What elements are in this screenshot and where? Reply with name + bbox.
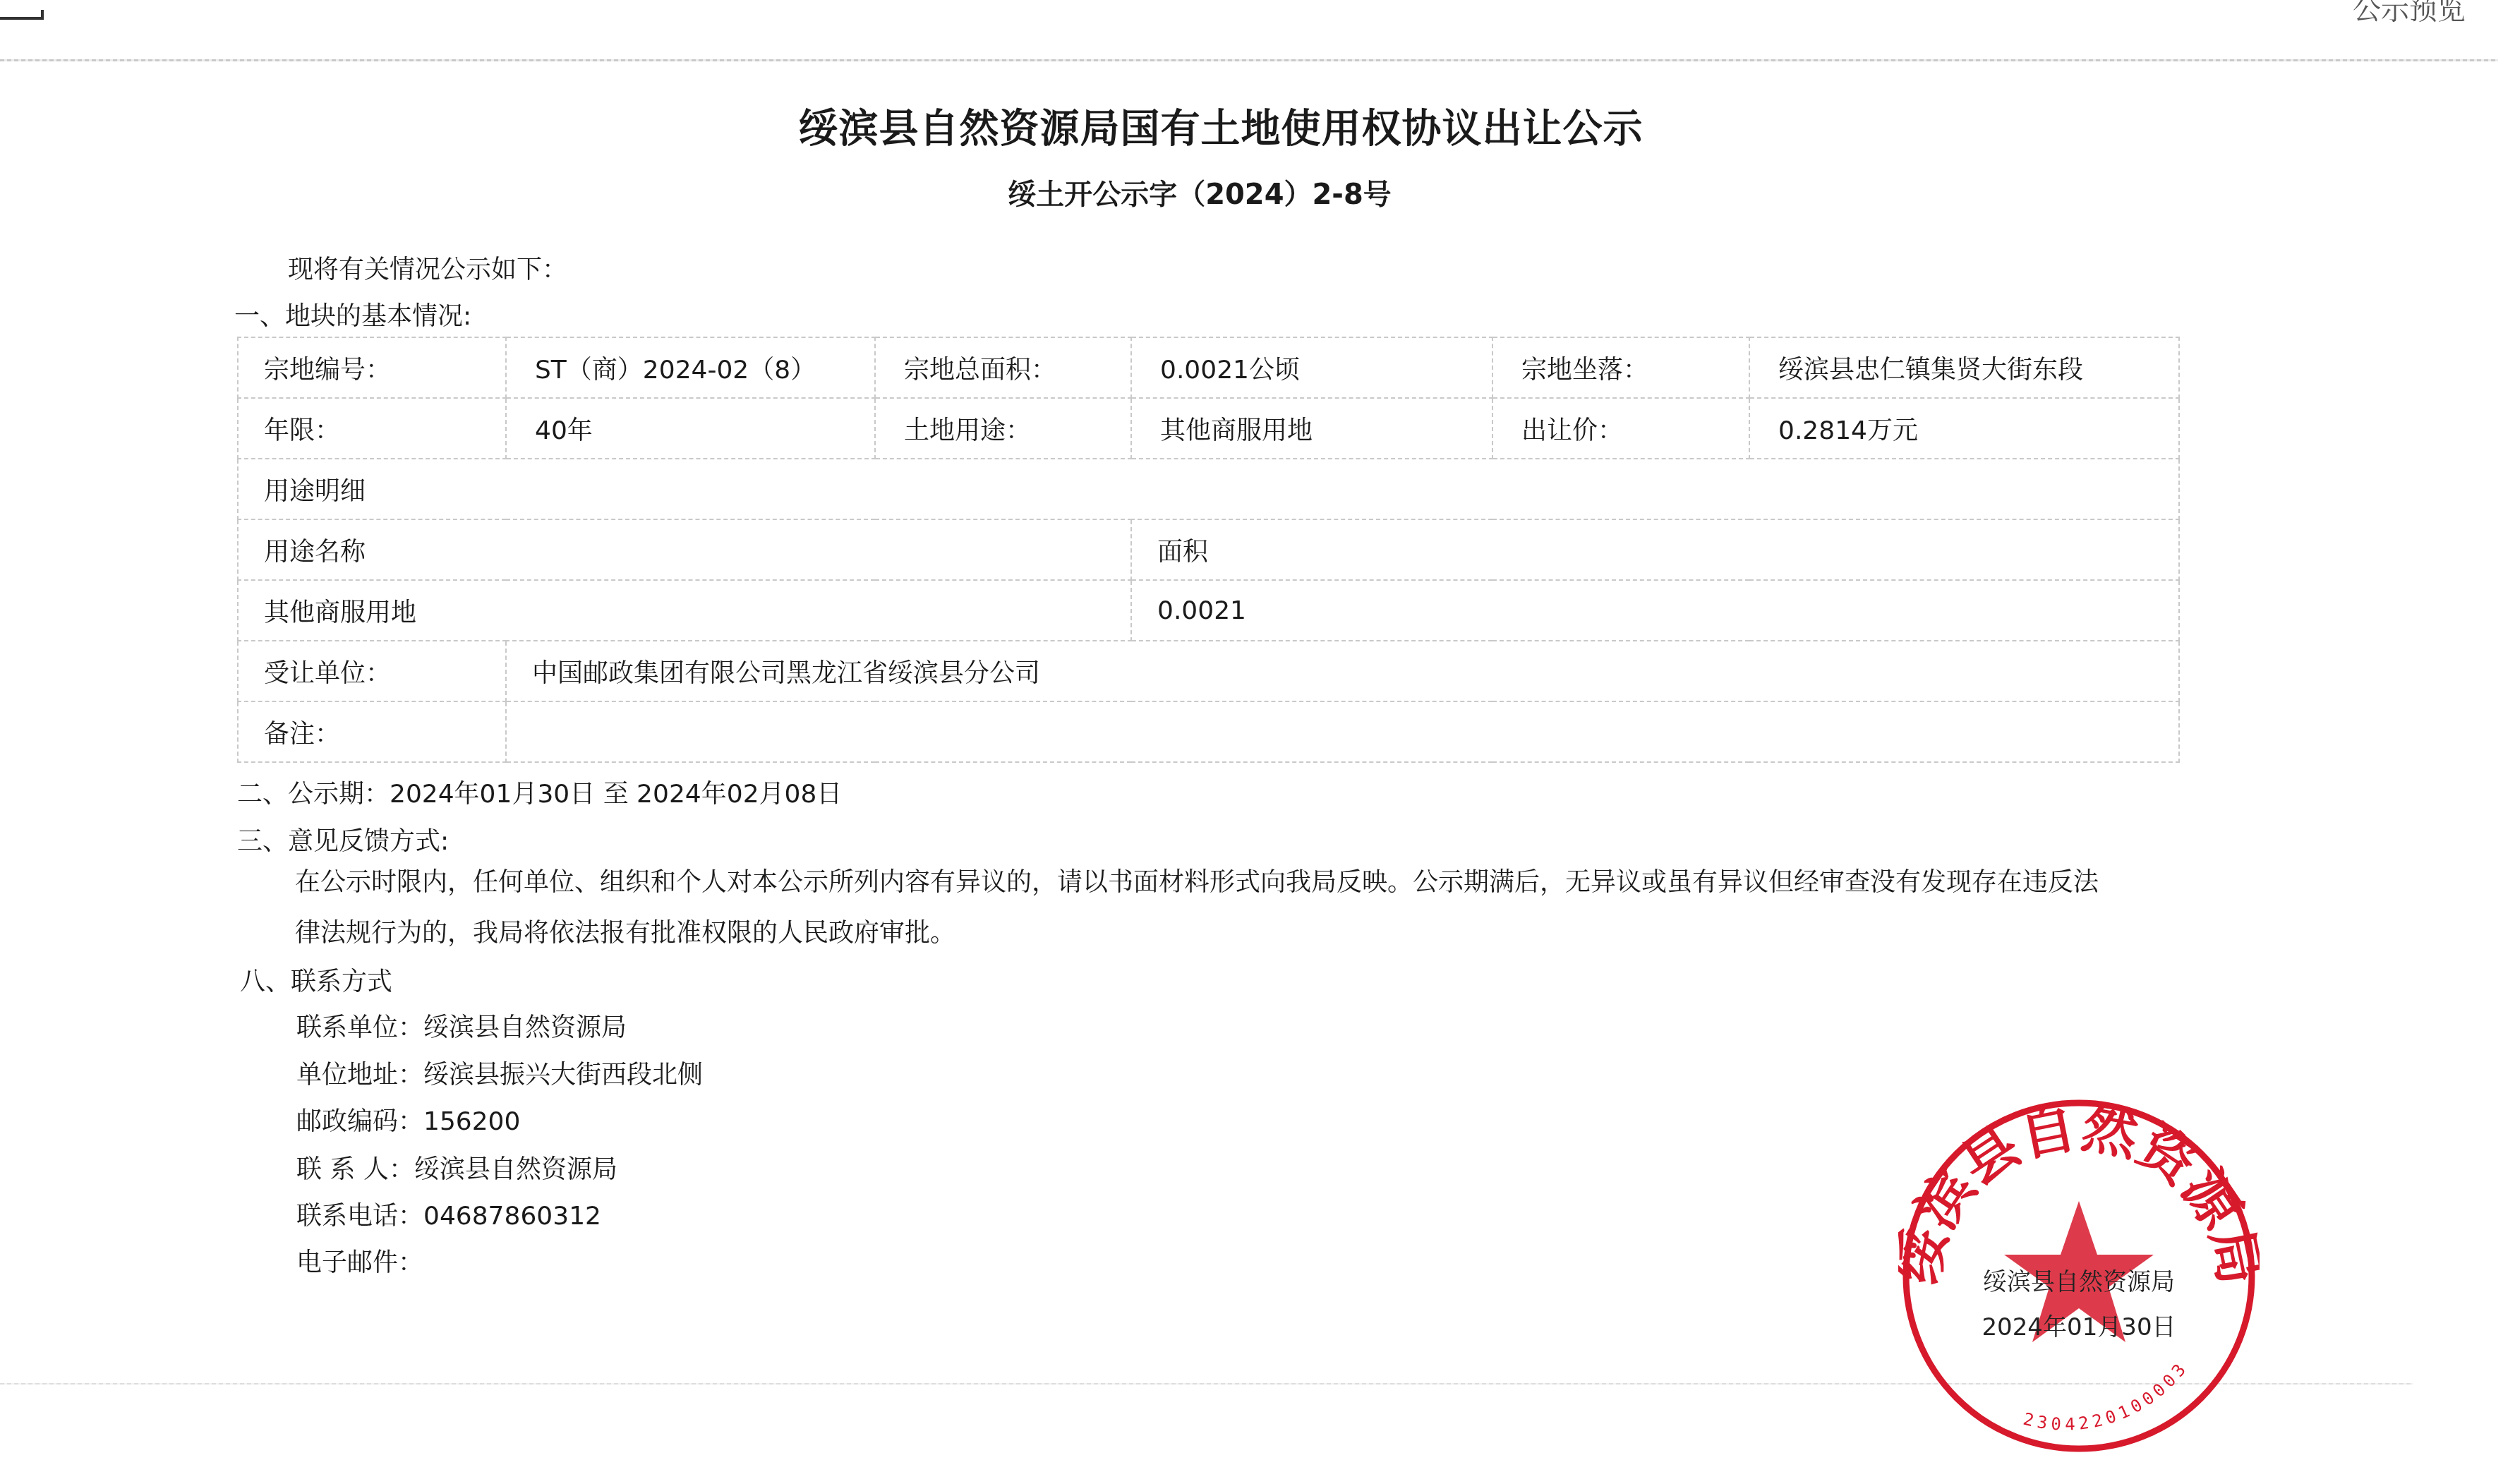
use-area-cell: 0.0021 <box>1131 580 2179 641</box>
table-row: 其他商服用地 0.0021 <box>238 580 2179 641</box>
table-row: 备注： <box>238 701 2179 762</box>
use-detail-label: 用途明细 <box>238 459 2179 519</box>
land-use-value: 其他商服用地 <box>1131 398 1492 459</box>
notice-title: 绥滨县自然资源局国有土地使用权协议出让公示 <box>0 97 2442 154</box>
use-name-header: 用途名称 <box>238 519 1131 580</box>
use-area-header: 面积 <box>1131 519 2179 580</box>
feedback-heading: 三、意见反馈方式: <box>237 821 449 857</box>
contact-postcode: 邮政编码：156200 <box>296 1102 520 1138</box>
contact-heading: 八、联系方式 <box>240 962 392 998</box>
use-name-cell: 其他商服用地 <box>238 580 1131 641</box>
price-value: 0.2814万元 <box>1749 398 2179 459</box>
table-row: 用途名称 面积 <box>238 519 2179 580</box>
parcel-id-value: ST（商）2024-02（8） <box>506 337 875 398</box>
price-label: 出让价： <box>1492 398 1749 459</box>
table-row: 年限： 40年 土地用途： 其他商服用地 出让价： 0.2814万元 <box>238 398 2179 459</box>
term-label: 年限： <box>238 398 506 459</box>
grantee-value: 中国邮政集团有限公司黑龙江省绥滨县分公司 <box>506 641 2179 701</box>
preview-label: 公示预览 <box>2353 0 2466 28</box>
publicity-period: 二、公示期：2024年01月30日 至 2024年02月08日 <box>237 774 842 810</box>
top-divider <box>0 59 2498 61</box>
parcel-area-value: 0.0021公顷 <box>1131 337 1492 398</box>
intro-text: 现将有关情况公示如下： <box>288 250 567 286</box>
contact-address: 单位地址：绥滨县振兴大街西段北侧 <box>296 1055 703 1091</box>
parcel-id-label: 宗地编号： <box>238 337 506 398</box>
feedback-line-2: 律法规行为的，我局将依法报有批准权限的人民政府审批。 <box>295 913 955 949</box>
parcel-location-label: 宗地坐落： <box>1492 337 1749 398</box>
land-use-label: 土地用途： <box>875 398 1131 459</box>
doc-number: 绥土开公示字（2024）2-8号 <box>0 172 2399 212</box>
seal-date-text: 2024年01月30日 <box>1982 1313 2176 1341</box>
table-row: 宗地编号： ST（商）2024-02（8） 宗地总面积： 0.0021公顷 宗地… <box>238 337 2179 398</box>
contact-email: 电子邮件： <box>296 1243 423 1279</box>
table-row: 用途明细 <box>238 459 2179 519</box>
contact-person: 联 系 人：绥滨县自然资源局 <box>296 1150 617 1186</box>
remarks-label: 备注： <box>238 701 506 762</box>
contact-phone: 联系电话：04687860312 <box>296 1196 601 1232</box>
section1-heading: 一、地块的基本情况: <box>234 296 471 332</box>
remarks-value <box>506 701 2179 762</box>
official-seal-icon: 绥滨县自然资源局 2304220100003 绥滨县自然资源局 2024年01月… <box>1898 1095 2260 1456</box>
parcel-table: 宗地编号： ST（商）2024-02（8） 宗地总面积： 0.0021公顷 宗地… <box>237 337 2180 763</box>
term-value: 40年 <box>506 398 875 459</box>
seal-org-text: 绥滨县自然资源局 <box>1983 1268 2175 1296</box>
parcel-location-value: 绥滨县忠仁镇集贤大街东段 <box>1749 337 2179 398</box>
table-row: 受让单位： 中国邮政集团有限公司黑龙江省绥滨县分公司 <box>238 641 2179 701</box>
parcel-area-label: 宗地总面积： <box>875 337 1131 398</box>
page-corner-mark <box>0 10 44 20</box>
feedback-line-1: 在公示时限内，任何单位、组织和个人对本公示所列内容有异议的，请以书面材料形式向我… <box>295 862 2099 898</box>
contact-unit: 联系单位：绥滨县自然资源局 <box>296 1008 627 1044</box>
grantee-label: 受让单位： <box>238 641 506 701</box>
